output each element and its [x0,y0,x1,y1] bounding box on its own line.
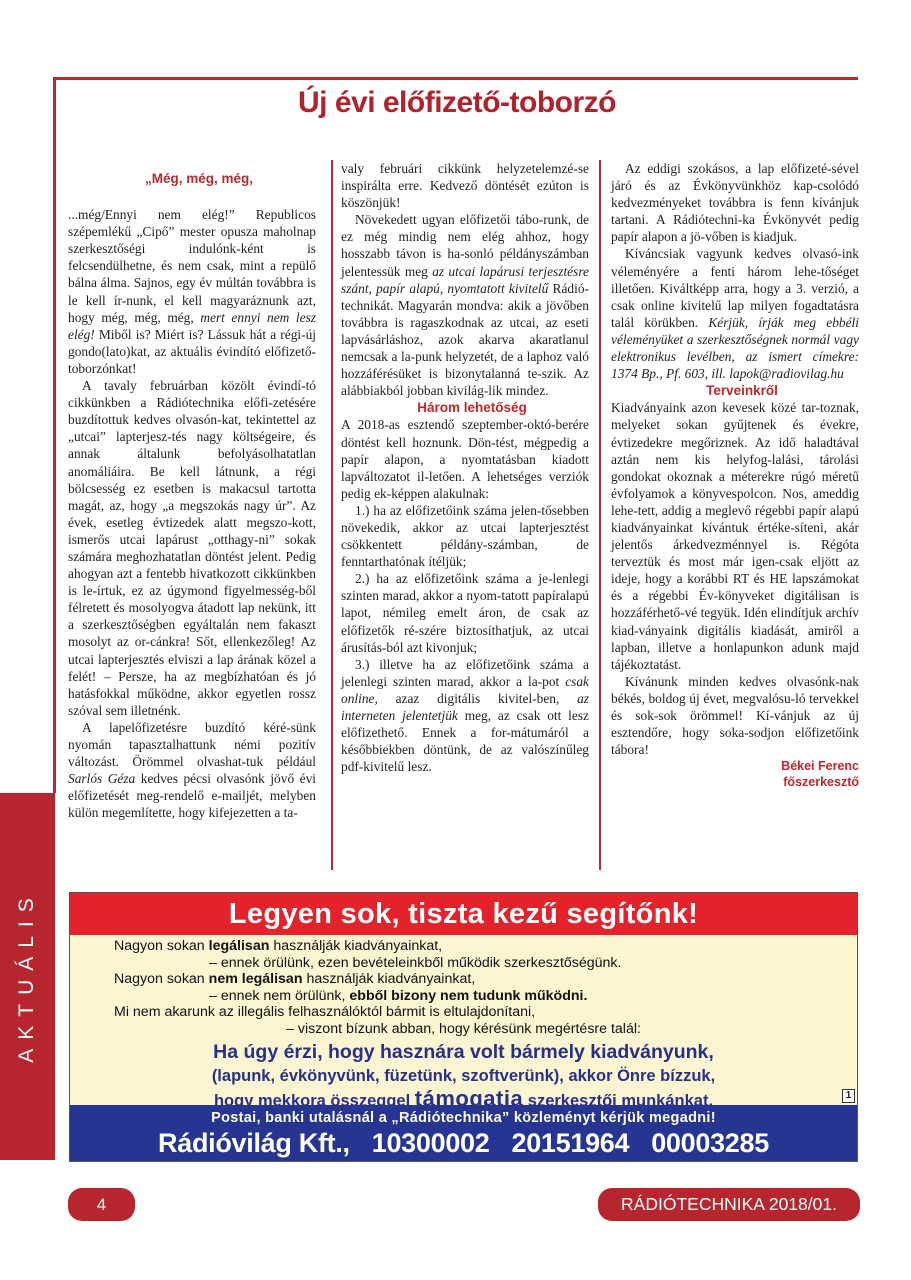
section-heading: Három lehetőség [341,399,589,416]
paragraph: valy februári cikkünk helyzetelemzé-se i… [341,160,589,211]
section-heading: „Még, még, még, [68,170,316,187]
list-item: 3.) illetve ha az előfizetőink száma a j… [341,656,589,776]
ad-line: Mi nem akarunk az illegális felhasználók… [70,1004,857,1021]
paragraph: Kívánunk minden kedves olvasónk-nak béké… [611,673,859,758]
article-title: Új évi előfizető-toborzó [56,86,858,120]
article-column-2: valy februári cikkünk helyzetelemzé-se i… [341,160,589,775]
ad-badge: 1 [842,1089,855,1103]
magazine-issue: RÁDIÓTECHNIKA 2018/01. [598,1188,860,1221]
bank-details: Postai, banki utalásnál a „Rádiótechnika… [70,1105,857,1161]
paragraph: Az eddigi szokásos, a lap előfizeté-séve… [611,160,859,245]
section-heading: Terveinkről [611,382,859,399]
page-number: 4 [68,1188,135,1221]
column-divider [331,160,333,870]
paragraph: A tavaly februárban közölt évindí-tó cik… [68,377,316,719]
paragraph: A lapelőfizetésre buzdító kéré-sünk nyom… [68,719,316,822]
article-column-1: „Még, még, még, ...még/Ennyi nem elég!” … [68,160,316,821]
account-part: 00003285 [651,1128,769,1158]
ad-headline: Legyen sok, tiszta kezű segítőnk! [70,893,857,935]
account-part: 10300002 [372,1128,490,1158]
list-item: 2.) ha az előfizetőink száma a je-lenleg… [341,570,589,655]
ad-appeal-line: (lapunk, évkönyvünk, füzetünk, szoftverü… [70,1066,857,1087]
paragraph: A 2018-as esztendő szeptember-októ-berér… [341,416,589,501]
ad-line: Nagyon sokan nem legálisan használják ki… [70,971,857,988]
bank-account: Rádióvilág Kft.,103000022015196400003285 [70,1128,857,1158]
frame-left-rule [53,77,56,793]
ad-line: – ennek örülünk, ezen bevételeinkből műk… [70,955,857,972]
paragraph: Kíváncsiak vagyunk kedves olvasó-ink vél… [611,245,859,382]
paragraph: Kiadványaink azon kevesek közé tar-tozna… [611,399,859,673]
author-name: Békei Ferenc [611,758,859,774]
author-role: főszerkesztő [611,774,859,790]
section-tab-label: AKTUÁLIS [15,889,39,1063]
column-divider [599,160,601,870]
bank-note: Postai, banki utalásnál a „Rádiótechnika… [70,1105,857,1128]
list-item: 1.) ha az előfizetőink száma jelen-tőseb… [341,502,589,570]
account-part: 20151964 [511,1128,629,1158]
support-advertisement: Legyen sok, tiszta kezű segítőnk! Nagyon… [69,892,858,1162]
ad-line: Nagyon sokan legálisan használják kiadvá… [70,938,857,955]
company-name: Rádióvilág Kft., [158,1128,350,1158]
article-column-3: Az eddigi szokásos, a lap előfizeté-séve… [611,160,859,790]
ad-appeal-line: Ha úgy érzi, hogy hasznára volt bármely … [70,1039,857,1065]
paragraph: ...még/Ennyi nem elég!” Republicos szépe… [68,206,316,377]
ad-line: – viszont bízunk abban, hogy kérésünk me… [70,1021,857,1038]
ad-line: – ennek nem örülünk, ebből bizony nem tu… [70,988,857,1005]
paragraph: Növekedett ugyan előfizetői tábo-runk, d… [341,211,589,399]
frame-top-rule [53,77,858,80]
